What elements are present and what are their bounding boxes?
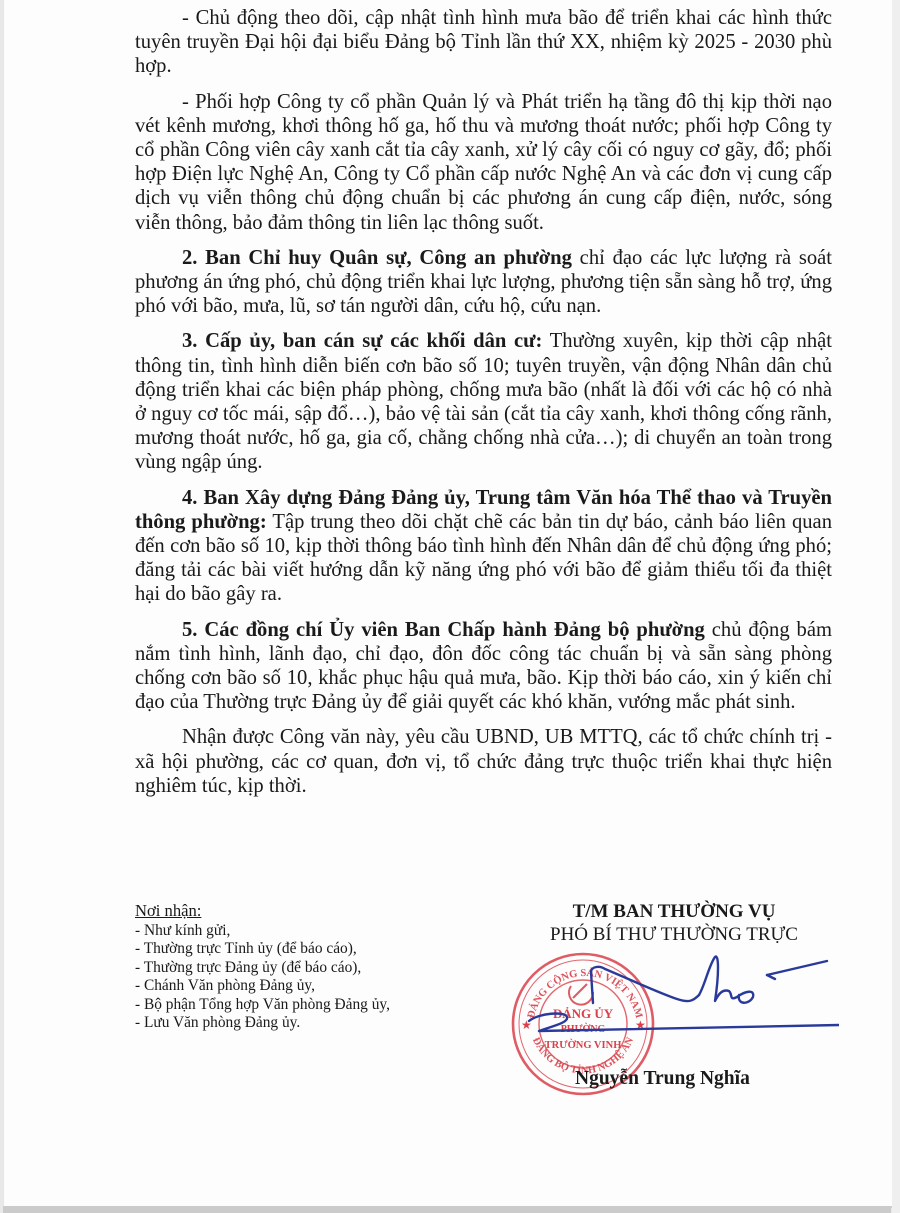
recipient-item: - Như kính gửi, (135, 922, 390, 941)
paragraph: 5. Các đồng chí Ủy viên Ban Chấp hành Đả… (135, 618, 832, 715)
paragraph-text: - Chủ động theo dõi, cập nhật tình hình … (135, 7, 832, 77)
document-page: - Chủ động theo dõi, cập nhật tình hình … (3, 0, 892, 1206)
recipients-title: Nơi nhận: (135, 902, 390, 921)
paragraph: 2. Ban Chỉ huy Quân sự, Công an phường c… (135, 246, 832, 319)
paragraph-text: Nhận được Công văn này, yêu cầu UBND, UB… (135, 726, 832, 796)
recipient-item: - Bộ phận Tổng hợp Văn phòng Đảng ủy, (135, 996, 390, 1015)
recipient-item: - Thường trực Đảng ủy (để báo cáo), (135, 959, 390, 978)
paragraph: 3. Cấp ủy, ban cán sự các khối dân cư: T… (135, 329, 832, 474)
paragraph: Nhận được Công văn này, yêu cầu UBND, UB… (135, 725, 832, 798)
viewer-bottom-edge (3, 1206, 891, 1213)
paragraph: 4. Ban Xây dựng Đảng Đảng ủy, Trung tâm … (135, 486, 832, 607)
paragraph: - Chủ động theo dõi, cập nhật tình hình … (135, 6, 832, 79)
document-body: - Chủ động theo dõi, cập nhật tình hình … (135, 6, 832, 809)
recipient-item: - Thường trực Tỉnh ủy (để báo cáo), (135, 940, 390, 959)
signature-role-line1: T/M BAN THƯỜNG VỤ (524, 900, 824, 923)
recipients-block: Nơi nhận: - Như kính gửi,- Thường trực T… (135, 902, 390, 1033)
signature-role-line2: PHÓ BÍ THƯ THƯỜNG TRỰC (524, 923, 824, 946)
signature-block: T/M BAN THƯỜNG VỤ PHÓ BÍ THƯ THƯỜNG TRỰC (524, 900, 824, 946)
paragraph-text: - Phối hợp Công ty cổ phần Quản lý và Ph… (135, 91, 832, 234)
viewer-right-edge (892, 0, 900, 1213)
paragraph-heading: 3. Cấp ủy, ban cán sự các khối dân cư: (182, 330, 542, 352)
recipients-list: - Như kính gửi,- Thường trực Tỉnh ủy (để… (135, 922, 390, 1033)
recipient-item: - Lưu Văn phòng Đảng ủy. (135, 1014, 390, 1033)
paragraph-heading: 5. Các đồng chí Ủy viên Ban Chấp hành Đả… (182, 619, 705, 641)
signer-name: Nguyễn Trung Nghĩa (575, 1068, 750, 1090)
recipient-item: - Chánh Văn phòng Đảng ủy, (135, 977, 390, 996)
paragraph-heading: 2. Ban Chỉ huy Quân sự, Công an phường (182, 247, 572, 269)
handwritten-signature (509, 945, 839, 1045)
paragraph: - Phối hợp Công ty cổ phần Quản lý và Ph… (135, 90, 832, 235)
